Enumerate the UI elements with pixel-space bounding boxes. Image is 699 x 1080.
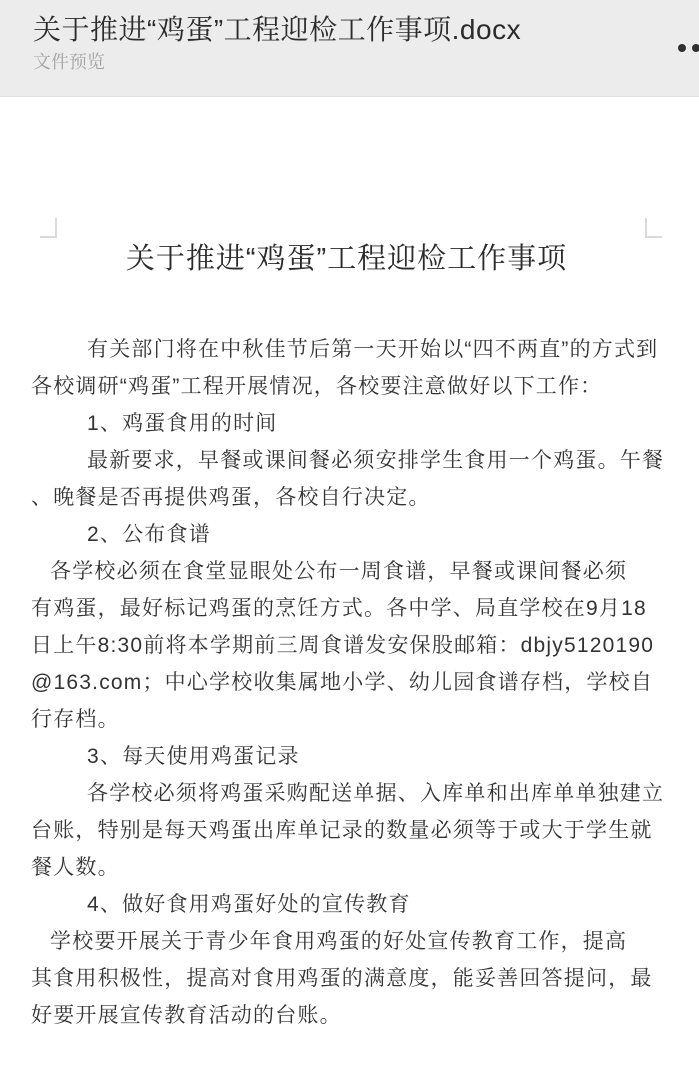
doc-line: 其食用积极性，提高对食用鸡蛋的满意度，能妥善回答提问，最 (31, 960, 662, 997)
margin-corner-mark-right (645, 218, 647, 238)
doc-line: 2、公布食谱 (31, 516, 662, 553)
doc-line: 行存档。 (31, 701, 662, 738)
file-title: 关于推进“鸡蛋”工程迎检工作事项.docx (33, 13, 639, 47)
doc-line: 有鸡蛋，最好标记鸡蛋的烹饪方式。各中学、局直学校在9月18 (31, 590, 662, 627)
doc-line: 有关部门将在中秋佳节后第一天开始以“四不两直”的方式到 (31, 331, 662, 368)
more-dot (692, 44, 699, 52)
doc-line: 3、每天使用鸡蛋记录 (31, 738, 662, 775)
document-body: 有关部门将在中秋佳节后第一天开始以“四不两直”的方式到 各校调研“鸡蛋”工程开展… (31, 331, 662, 1034)
preview-header: 关于推进“鸡蛋”工程迎检工作事项.docx 文件预览 (0, 0, 699, 97)
doc-line: 1、鸡蛋食用的时间 (31, 405, 662, 442)
doc-line: 台账，特别是每天鸡蛋出库单记录的数量必须等于或大于学生就 (31, 812, 662, 849)
doc-line: 好要开展宣传教育活动的台账。 (31, 997, 662, 1034)
more-dot (678, 44, 686, 52)
margin-corner-mark-left (40, 236, 57, 238)
doc-line: 各学校必须在食堂显眼处公布一周食谱，早餐或课间餐必须 (31, 553, 662, 590)
margin-corner-mark-left (55, 218, 57, 238)
doc-line: 各学校必须将鸡蛋采购配送单据、入库单和出库单单独建立 (31, 775, 662, 812)
margin-corner-mark-right (645, 236, 662, 238)
doc-line: 最新要求，早餐或课间餐必须安排学生食用一个鸡蛋。午餐 (31, 442, 662, 479)
doc-line: 、晚餐是否再提供鸡蛋，各校自行决定。 (31, 479, 662, 516)
doc-line: 日上午8:30前将本学期前三周食谱发安保股邮箱：dbjy5120190 (31, 627, 662, 664)
more-options-icon[interactable] (678, 44, 699, 52)
document-page: 关于推进“鸡蛋”工程迎检工作事项 有关部门将在中秋佳节后第一天开始以“四不两直”… (0, 97, 699, 1079)
doc-line: @163.com；中心学校收集属地小学、幼儿园食谱存档，学校自 (31, 664, 662, 701)
doc-line: 4、做好食用鸡蛋好处的宣传教育 (31, 886, 662, 923)
doc-line: 餐人数。 (31, 849, 662, 886)
file-preview-label: 文件预览 (33, 50, 639, 74)
file-preview-screen: { "header": { "title": "关于推进“鸡蛋”工程迎检工作事项… (0, 0, 699, 1080)
doc-line: 学校要开展关于青少年食用鸡蛋的好处宣传教育工作，提高 (31, 923, 662, 960)
document-title: 关于推进“鸡蛋”工程迎检工作事项 (31, 243, 662, 275)
doc-line: 各校调研“鸡蛋”工程开展情况，各校要注意做好以下工作： (31, 368, 662, 405)
